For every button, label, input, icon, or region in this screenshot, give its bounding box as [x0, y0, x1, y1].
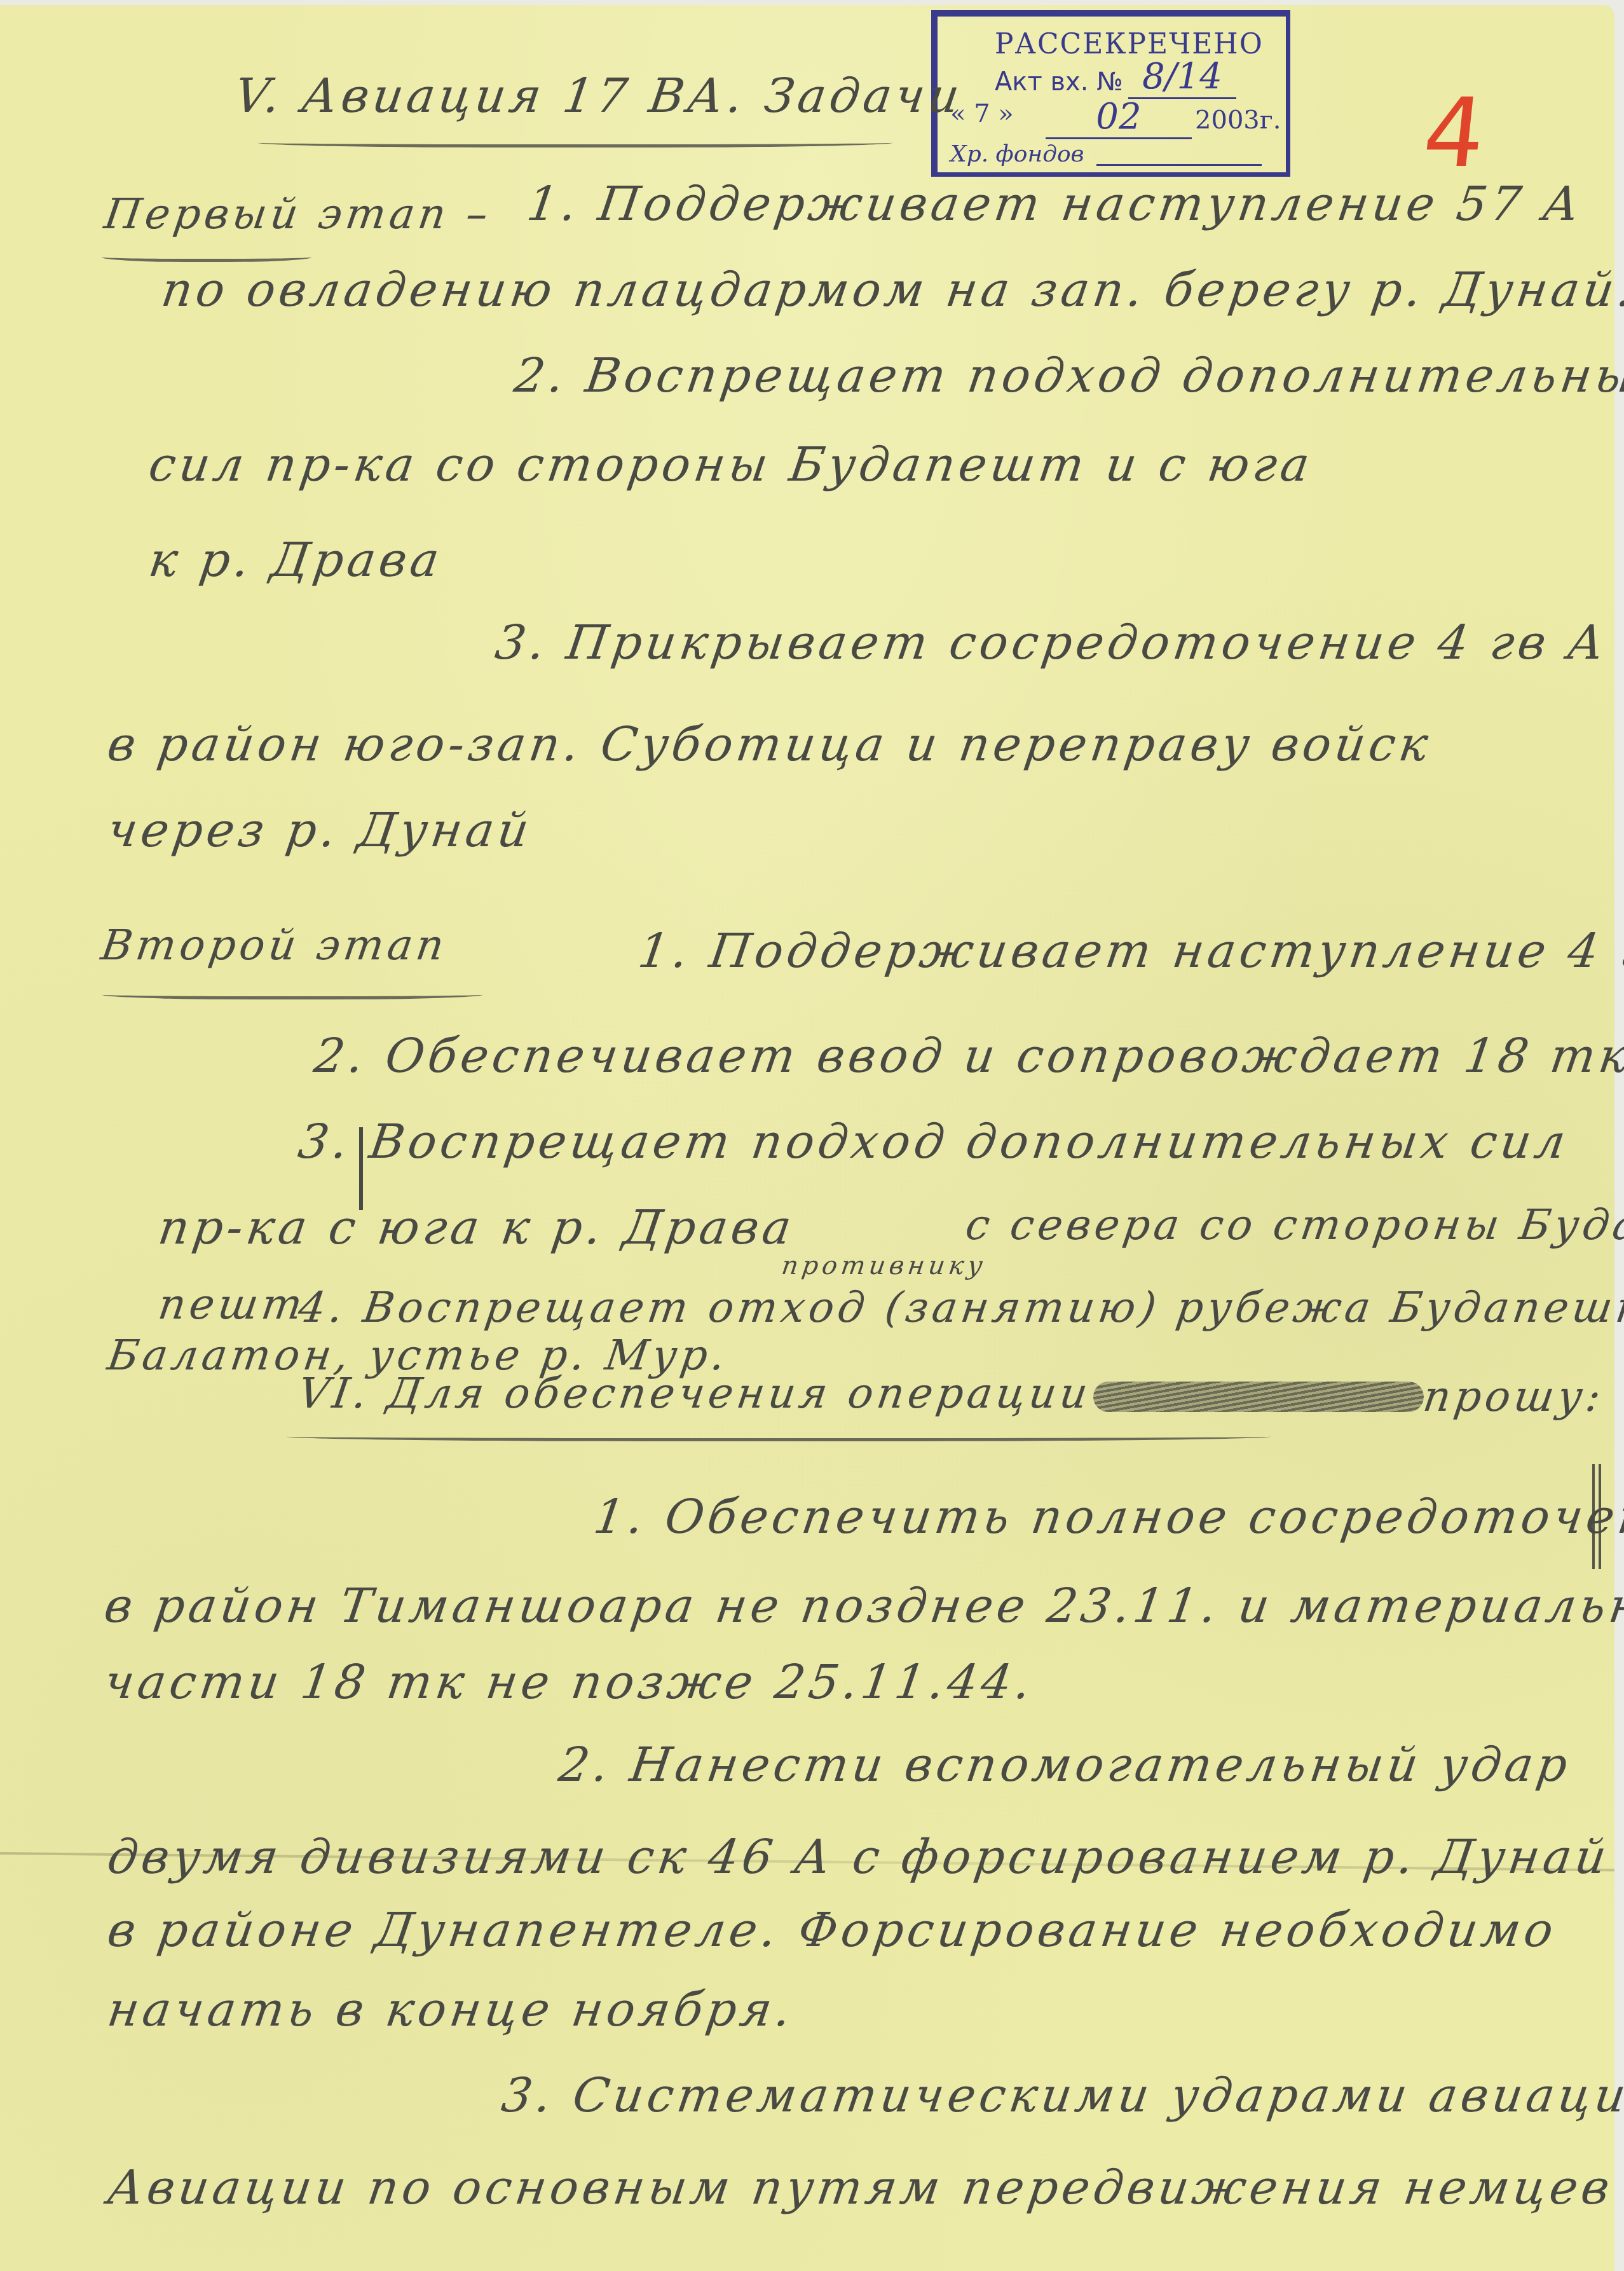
- section-vi-item3-line1: 3. Систематическими ударами авиации: [498, 2068, 1624, 2123]
- stage2-item2: 2. Обеспечивает ввод и сопровождает 18 т…: [311, 1029, 1624, 1083]
- stage1-item2-line2: сил пр-ка со стороны Будапешт и с юга: [146, 437, 1316, 492]
- stage1-item2-line3: к р. Драва: [146, 533, 446, 587]
- section-vi-item2-line3: в районе Дунапентеле. Форсирование необх…: [104, 1903, 1560, 1958]
- section-v-underline: [257, 135, 893, 148]
- stage2-item3-line2: пр-ка с юга к р. Драва: [155, 1200, 798, 1255]
- stage2-item1: 1. Поддерживает наступление 4 гв и 57 А: [635, 924, 1624, 978]
- section-vi-item3-line2: Авиации по основным путям передвижения н…: [104, 2160, 1617, 2215]
- section-vi-item2-line1: 2. Нанести вспомогательный удар: [556, 1738, 1574, 1792]
- stage1-item3-line1: 3. Прикрывает сосредоточение 4 гв А: [492, 615, 1611, 670]
- section-vi-item1-line3: части 18 тк не позже 25.11.44.: [101, 1655, 1038, 1710]
- stage1-label: Первый этап –: [102, 189, 495, 238]
- stage2-label: Второй этап: [99, 921, 451, 970]
- stamp-date-month: 02: [1046, 96, 1192, 139]
- section-vi-heading-end: прошу:: [1421, 1372, 1607, 1421]
- stamp-date-year: 2003г.: [1195, 106, 1281, 135]
- stage2-underline: [102, 987, 483, 999]
- stage1-item1-line1: 1. Поддерживает наступление 57 А: [524, 177, 1586, 231]
- declassification-stamp: РАССЕКРЕЧЕНО Акт вх. № 8/14 « 7 » 02 200…: [931, 10, 1290, 177]
- section-vi-heading: VI. Для обеспечения операции: [296, 1369, 1095, 1418]
- stamp-act-number: 8/14: [1128, 56, 1236, 99]
- stage2-item3-insert: с севера со стороны Буда-: [963, 1200, 1624, 1249]
- stage1-item3-line3: через р. Дунай: [104, 803, 536, 858]
- stage1-underline: [102, 250, 311, 262]
- stage1-item1-line2: по овладению плацдармом на зап. берегу р…: [158, 263, 1624, 317]
- section-v-heading: V. Авиация 17 ВА. Задачи: [231, 69, 966, 123]
- stamp-act-label: Акт вх. №: [995, 67, 1123, 97]
- section-vi-item1-line2: в район Тиманшоара не позднее 23.11. и м…: [101, 1579, 1624, 1633]
- stage1-item2-line1: 2. Воспрещает подход дополнительных: [511, 348, 1624, 403]
- section-vi-item2-line4: начать в конце ноября.: [104, 1982, 798, 2037]
- crossed-out-word: [1093, 1382, 1424, 1412]
- stamp-fund-label: Хр. фондов: [950, 141, 1084, 167]
- archive-page: РАССЕКРЕЧЕНО Акт вх. № 8/14 « 7 » 02 200…: [0, 5, 1614, 2271]
- section-vi-underline: [286, 1429, 1271, 1441]
- section-vi-item1-line1: 1. Обеспечить полное сосредоточение 4 гв…: [590, 1490, 1624, 1544]
- stage2-item4-line1: 4. Воспрещает отход (занятию) рубежа Буд…: [296, 1283, 1624, 1332]
- stage2-item4-correction: противнику: [780, 1251, 988, 1280]
- stage2-item3-line3: пешт: [156, 1280, 309, 1329]
- page-number: 4: [1418, 78, 1491, 189]
- stage2-item3-line1: 3. Воспрещает подход дополнительных сил: [295, 1115, 1573, 1169]
- section-vi-item2-line2: двумя дивизиями ск 46 А с форсированием …: [104, 1830, 1613, 1884]
- stage1-item3-line2: в район юго-зап. Суботица и переправу во…: [104, 717, 1435, 772]
- stamp-fund-line: [1096, 164, 1262, 166]
